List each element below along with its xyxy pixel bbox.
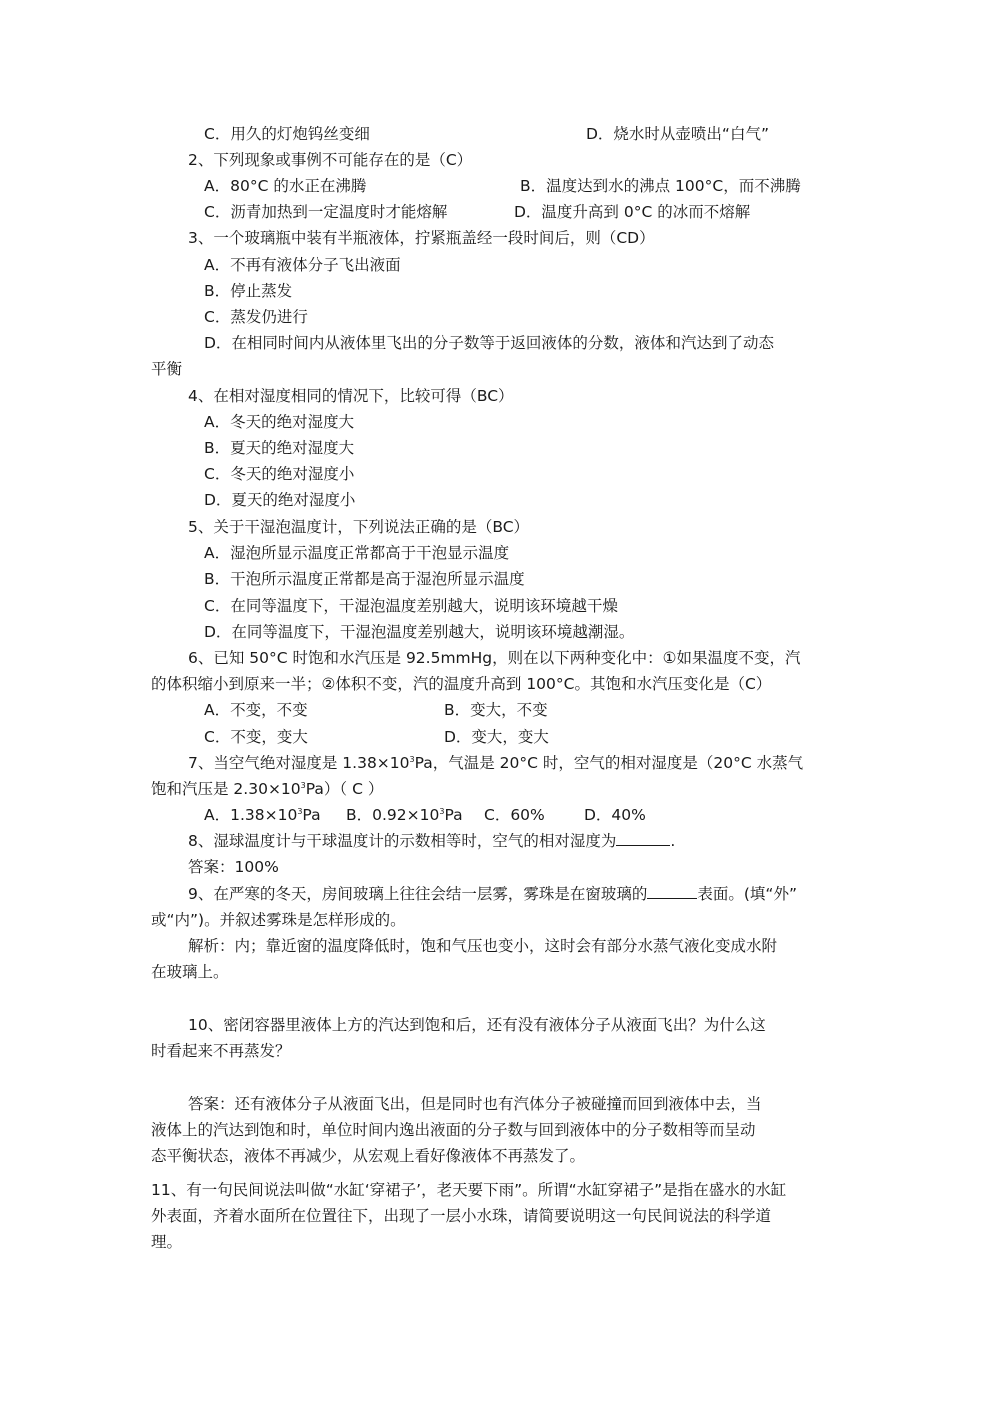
q3-option-b: B．停止蒸发 xyxy=(204,281,292,301)
q9-stem-text: 9、在严寒的冬天，房间玻璃上往往会结一层雾，雾珠是在窗玻璃的 xyxy=(188,885,647,903)
q10-stem-line1: 10、密闭容器里液体上方的汽达到饱和后，还有没有液体分子从液面飞出？为什么这 xyxy=(188,1015,766,1035)
q4-stem: 4、在相对湿度相同的情况下，比较可得（BC） xyxy=(188,386,514,406)
q2-option-c: C．沥青加热到一定温度时才能熔解 xyxy=(204,202,447,222)
q7-option-b-unit: Pa xyxy=(444,806,462,824)
q10-answer-line3: 态平衡状态，液体不再减少，从宏观上看好像液体不再蒸发了。 xyxy=(151,1146,585,1166)
q4-option-b: B．夏天的绝对湿度大 xyxy=(204,438,354,458)
q9-analysis-line2: 在玻璃上。 xyxy=(151,962,229,982)
q6-stem-line2: 的体积缩小到原来一半；②体积不变，汽的温度升高到 100°C。其饱和水汽压变化是… xyxy=(151,674,771,694)
q10-answer-line1: 答案：还有液体分子从液面飞出，但是同时也有汽体分子被碰撞而回到液体中去，当 xyxy=(188,1094,762,1114)
q11-line1: 11、有一句民间说法叫做“水缸‘穿裙子’，老天要下雨”。所谓“水缸穿裙子”是指在… xyxy=(151,1180,786,1200)
q8-answer: 答案：100% xyxy=(188,857,279,877)
q2-stem: 2、下列现象或事例不可能存在的是（C） xyxy=(188,150,472,170)
q3-option-a: A．不再有液体分子飞出液面 xyxy=(204,255,401,275)
q10-answer-line2: 液体上的汽达到饱和时，单位时间内逸出液面的分子数与回到液体中的分子数相等而呈动 xyxy=(151,1120,756,1140)
q4-option-a: A．冬天的绝对湿度大 xyxy=(204,412,354,432)
q7-stem-line2-b: Pa）（ C ） xyxy=(306,780,384,798)
q6-option-b: B．变大，不变 xyxy=(444,700,548,720)
q5-stem: 5、关于干湿泡温度计，下列说法正确的是（BC） xyxy=(188,517,529,537)
q6-option-a: A．不变，不变 xyxy=(204,700,308,720)
q6-option-d: D．变大，变大 xyxy=(444,727,549,747)
q2-option-b: B．温度达到水的沸点 100°C，而不沸腾 xyxy=(520,176,801,196)
q8-answer-blank[interactable] xyxy=(616,831,670,846)
q7-option-a-base: A．1.38×10 xyxy=(204,806,297,824)
q9-stem-line2: 或“内”)。并叙述雾珠是怎样形成的。 xyxy=(151,910,406,930)
q3-option-c: C．蒸发仍进行 xyxy=(204,307,308,327)
q6-option-c: C．不变，变大 xyxy=(204,727,308,747)
q6-stem-line1: 6、已知 50°C 时饱和水汽压是 92.5mmHg，则在以下两种变化中：①如果… xyxy=(188,648,801,668)
q4-option-d: D．夏天的绝对湿度小 xyxy=(204,490,355,510)
q1-option-d: D．烧水时从壶喷出“白气” xyxy=(586,124,769,144)
q5-option-b: B．干泡所示温度正常都是高于湿泡所显示温度 xyxy=(204,569,525,589)
q5-option-a: A．湿泡所显示温度正常都高于干泡显示温度 xyxy=(204,543,509,563)
q10-stem-line2: 时看起来不再蒸发？ xyxy=(151,1041,291,1061)
q9-stem-line1: 9、在严寒的冬天，房间玻璃上往往会结一层雾，雾珠是在窗玻璃的表面。(填“外” xyxy=(188,884,797,904)
q8-stem: 8、湿球温度计与干球温度计的示数相等时，空气的相对湿度为. xyxy=(188,831,675,851)
q2-option-d: D．温度升高到 0°C 的冰而不熔解 xyxy=(514,202,750,222)
q9-answer-blank[interactable] xyxy=(647,884,697,899)
q5-option-d: D．在同等温度下，干湿泡温度差别越大，说明该环境越潮湿。 xyxy=(204,622,634,642)
q7-option-b-base: B．0.92×10 xyxy=(346,806,439,824)
q7-option-a: A．1.38×103Pa xyxy=(204,805,321,825)
q4-option-c: C．冬天的绝对湿度小 xyxy=(204,464,354,484)
q7-stem-line1-b: Pa，气温是 20°C 时，空气的相对湿度是（20°C 水蒸气 xyxy=(415,754,804,772)
q7-stem-line2-a: 饱和汽压是 2.30×10 xyxy=(151,780,301,798)
q9-analysis-line1: 解析：内；靠近窗的温度降低时，饱和气压也变小，这时会有部分水蒸气液化变成水附 xyxy=(188,936,777,956)
q3-option-d-line2: 平衡 xyxy=(151,359,182,379)
q5-option-c: C．在同等温度下，干湿泡温度差别越大，说明该环境越干燥 xyxy=(204,596,618,616)
q7-option-c: C．60% xyxy=(484,805,545,825)
q3-stem: 3、一个玻璃瓶中装有半瓶液体，拧紧瓶盖经一段时间后，则（CD） xyxy=(188,228,655,248)
q7-stem-line2: 饱和汽压是 2.30×103Pa）（ C ） xyxy=(151,779,383,799)
q7-stem-line1: 7、当空气绝对湿度是 1.38×103Pa，气温是 20°C 时，空气的相对湿度… xyxy=(188,753,803,773)
q7-stem-line1-a: 7、当空气绝对湿度是 1.38×10 xyxy=(188,754,410,772)
q1-option-c: C．用久的灯炮钨丝变细 xyxy=(204,124,370,144)
q2-option-a: A．80°C 的水正在沸腾 xyxy=(204,176,366,196)
q3-option-d-line1: D．在相同时间内从液体里飞出的分子数等于返回液体的分数，液体和汽达到了动态 xyxy=(204,333,774,353)
q11-line3: 理。 xyxy=(151,1232,182,1252)
q11-line2: 外表面，齐着水面所在位置往下，出现了一层小水珠，请简要说明这一句民间说法的科学道 xyxy=(151,1206,771,1226)
q8-stem-text: 8、湿球温度计与干球温度计的示数相等时，空气的相对湿度为 xyxy=(188,832,616,850)
q8-stem-end: . xyxy=(670,832,675,850)
q7-option-d: D．40% xyxy=(584,805,646,825)
q7-option-a-unit: Pa xyxy=(302,806,320,824)
q9-stem-text-end: 表面。(填“外” xyxy=(697,885,797,903)
q7-option-b: B．0.92×103Pa xyxy=(346,805,463,825)
